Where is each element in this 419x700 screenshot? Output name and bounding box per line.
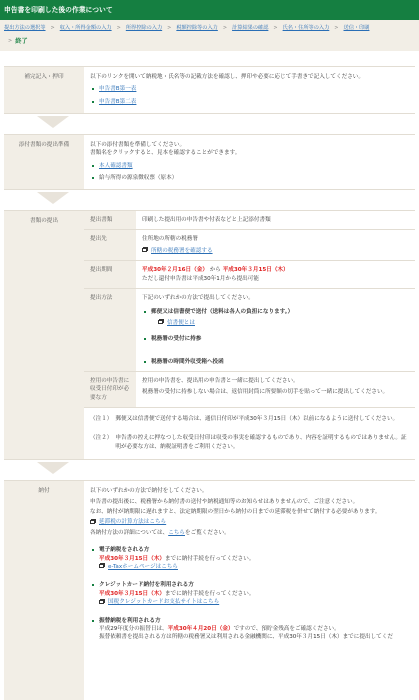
step-text: 以下の添付書類を準備してください。: [90, 141, 409, 149]
bullet-icon: [92, 165, 94, 167]
table-row: 提出書類印刷した提出用の申告書や付表などと上記添付書類: [84, 211, 415, 230]
breadcrumb-step-6[interactable]: 氏名・住所等の入力: [283, 25, 330, 33]
breadcrumb-step-3[interactable]: 所得控除の入力: [126, 25, 162, 33]
chevron-right-icon: >: [167, 25, 171, 33]
down-arrow-icon: [4, 114, 415, 134]
step-label: 書類の提出: [4, 211, 84, 459]
link-credit-card[interactable]: 国税クレジットカードお支払サイトはこちら: [108, 599, 219, 605]
table-row: 提出方法 下記のいずれかの方法で提出してください。 郵便又は信書便で送付（送料は…: [84, 288, 415, 371]
bullet-icon: [92, 88, 94, 90]
breadcrumb-step-7[interactable]: 送信・印刷: [344, 25, 370, 33]
chevron-right-icon: >: [117, 25, 121, 33]
link-etax[interactable]: e-Taxホームページはこちら: [108, 564, 178, 570]
chevron-right-icon: >: [223, 25, 227, 33]
external-link-icon: [99, 564, 104, 568]
bullet-icon: [92, 177, 94, 179]
table-row: 提出期間平成30年２月16日（金） から 平成30年３月15日（木）ただし還付申…: [84, 261, 415, 289]
step-teishutsu: 書類の提出 提出書類印刷した提出用の申告書や付表などと上記添付書類 提出先住所地…: [4, 210, 415, 460]
step-label: 補完記入・押印: [4, 67, 84, 113]
breadcrumb-current: 終了: [15, 37, 27, 46]
step-text: 以下のリンクを開いて納税地・氏名等の記載方法を確認し、押印や必要に応じて手書きで…: [90, 73, 409, 81]
link-late-tax[interactable]: 延滞税の計算方法はこちら: [99, 519, 166, 525]
bullet-icon: [144, 338, 146, 340]
down-arrow-icon: [4, 190, 415, 210]
external-link-icon: [90, 520, 95, 524]
bullet-icon: [144, 311, 146, 313]
page-title: 申告書を印刷した後の作業について: [4, 5, 113, 15]
step-text: 書類名をクリックすると、見本を確認することができます。: [90, 149, 409, 157]
note-text: 申告書の控えに押なつした収受日付印は収受の事実を確認するものであり、内容を証明す…: [115, 434, 411, 451]
breadcrumb-step-4[interactable]: 税額控除等の入力: [176, 25, 218, 33]
breadcrumb-step-5[interactable]: 計算結果の確認: [232, 25, 268, 33]
chevron-right-icon: >: [273, 25, 277, 33]
link-payment-details[interactable]: こちら: [168, 530, 185, 536]
bullet-icon: [92, 584, 94, 586]
external-link-icon: [99, 600, 104, 604]
page-header: 申告書を印刷した後の作業について: [0, 0, 419, 20]
note-text: 郵便又は信書便で送付する場合は、通信日付印が平成30年３月15日（木）以前になる…: [115, 415, 398, 423]
bullet-icon: [92, 549, 94, 551]
bullet-icon: [92, 620, 94, 622]
list-item: 給与所得の源泉徴収票（原本）: [99, 174, 177, 182]
bullet-icon: [92, 101, 94, 103]
down-arrow-icon: [4, 460, 415, 480]
breadcrumb: 提出方法の選択等> 収入・所得金額の入力> 所得控除の入力> 税額控除等の入力>…: [0, 20, 419, 51]
submission-table: 提出書類印刷した提出用の申告書や付表などと上記添付書類 提出先住所地の所轄の税務…: [84, 211, 415, 408]
chevron-right-icon: >: [51, 25, 55, 33]
link-form-b1[interactable]: 申告書B第一表: [99, 85, 136, 93]
link-form-b2[interactable]: 申告書B第二表: [99, 98, 136, 106]
external-link-icon: [158, 320, 163, 324]
bullet-icon: [144, 361, 146, 363]
chevron-right-icon: >: [8, 38, 12, 46]
link-id-docs[interactable]: 本人確認書類: [99, 162, 133, 170]
step-tenpu: 添付書類の提出準備 以下の添付書類を準備してください。 書類名をクリックすると、…: [4, 134, 415, 190]
external-link-icon: [142, 248, 147, 252]
chevron-right-icon: >: [334, 25, 338, 33]
link-find-tax-office[interactable]: 所轄の税務署を確認する: [151, 248, 213, 254]
table-row: 提出先住所地の所轄の税務署所轄の税務署を確認する: [84, 230, 415, 261]
breadcrumb-step-2[interactable]: 収入・所得金額の入力: [60, 25, 112, 33]
breadcrumb-step-1[interactable]: 提出方法の選択等: [4, 25, 46, 33]
step-nofu: 納付 以下のいずれかの方法で納付をしてください。 申告書の提出後に、税務署から納…: [4, 480, 415, 700]
table-row: 控用の申告書に収受日付印が必要な方控用の申告書を、提出用の申告書と一緒に提出して…: [84, 371, 415, 407]
link-shinsho[interactable]: 信書便とは: [167, 320, 195, 326]
step-label: 添付書類の提出準備: [4, 135, 84, 189]
step-label: 納付: [4, 481, 84, 700]
step-hoki: 補完記入・押印 以下のリンクを開いて納税地・氏名等の記載方法を確認し、押印や必要…: [4, 66, 415, 114]
